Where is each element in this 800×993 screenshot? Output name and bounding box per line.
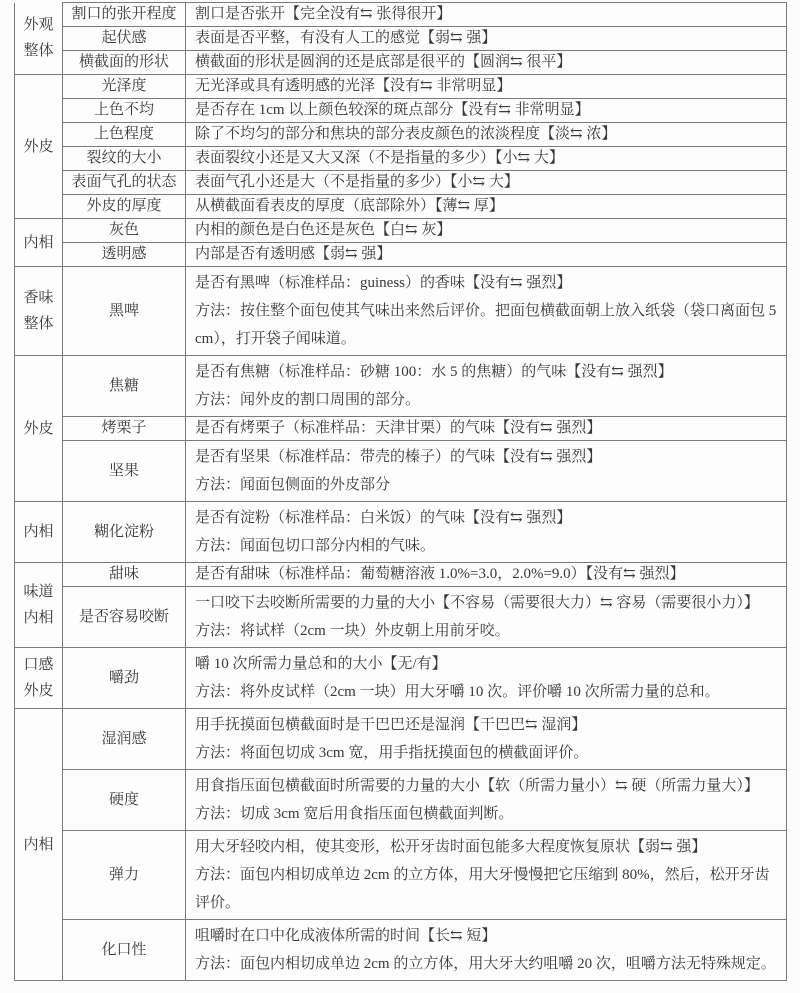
table-row: 内相湿润感用手抚摸面包横截面时是干巴巴还是湿润【干巴巴⇆ 湿润】方法：将面包切成… <box>15 709 787 770</box>
method-text: 方法：闻面包切口部分内相的气味。 <box>195 532 777 560</box>
description-text: 是否存在 1cm 以上颜色较深的斑点部分【没有⇆ 非常明显】 <box>195 99 777 122</box>
description-cell: 咀嚼时在口中化成液体所需的时间【长⇆ 短】方法：面包内相切成单边 2cm 的立方… <box>186 920 787 981</box>
method-text: 方法：闻面包侧面的外皮部分 <box>195 471 777 499</box>
description-text: 是否有焦糖（标准样品：砂糖 100：水 5 的焦糖）的气味【没有⇆ 强烈】 <box>195 358 777 386</box>
category-cell: 内相 <box>15 219 63 267</box>
method-text: 方法：将试样（2cm 一块）外皮朝上用前牙咬。 <box>195 617 777 645</box>
description-cell: 表面裂纹小还是又大又深（不是指量的多少）【小⇆ 大】 <box>186 147 787 171</box>
category-cell: 香味整体 <box>15 267 63 356</box>
category-cell: 外皮 <box>15 75 63 219</box>
method-text: 方法：切成 3cm 宽后用食指压面包横截面判断。 <box>195 800 777 828</box>
table-row: 化口性咀嚼时在口中化成液体所需的时间【长⇆ 短】方法：面包内相切成单边 2cm … <box>15 920 787 981</box>
document-page: 外观整体割口的张开程度割口是否张开【完全没有⇆ 张得很开】起伏感表面是否平整，有… <box>0 0 800 993</box>
description-text: 是否有坚果（标准样品：带壳的榛子）的气味【没有⇆ 强烈】 <box>195 443 777 471</box>
description-cell: 用手抚摸面包横截面时是干巴巴还是湿润【干巴巴⇆ 湿润】方法：将面包切成 3cm … <box>186 709 787 770</box>
table-row: 内相糊化淀粉是否有淀粉（标准样品：白米饭）的气味【没有⇆ 强烈】方法：闻面包切口… <box>15 502 787 563</box>
description-cell: 从横截面看表皮的厚度（底部除外）【薄⇆ 厚】 <box>186 195 787 219</box>
attribute-cell: 外皮的厚度 <box>63 195 186 219</box>
description-text: 是否有甜味（标准样品：葡萄糖溶液 1.0%=3.0，2.0%=9.0）【没有⇆ … <box>195 563 777 586</box>
method-text: 方法：面包内相切成单边 2cm 的立方体，用大牙慢慢把它压缩到 80%，然后，松… <box>195 861 777 917</box>
table-row: 外观整体割口的张开程度割口是否张开【完全没有⇆ 张得很开】 <box>15 3 787 27</box>
description-cell: 是否存在 1cm 以上颜色较深的斑点部分【没有⇆ 非常明显】 <box>186 99 787 123</box>
attribute-cell: 割口的张开程度 <box>63 3 186 27</box>
description-text: 咀嚼时在口中化成液体所需的时间【长⇆ 短】 <box>195 922 777 950</box>
description-text: 内相的颜色是白色还是灰色【白⇆ 灰】 <box>195 219 777 242</box>
description-cell: 用大牙轻咬内相，使其变形，松开牙齿时面包能多大程度恢复原状【弱⇆ 强】方法：面包… <box>186 831 787 920</box>
table-row: 内相灰色内相的颜色是白色还是灰色【白⇆ 灰】 <box>15 219 787 243</box>
table-row: 上色程度除了不均匀的部分和焦块的部分表皮颜色的浓淡程度【淡⇆ 浓】 <box>15 123 787 147</box>
category-cell: 外观整体 <box>15 3 63 75</box>
table-row: 裂纹的大小表面裂纹小还是又大又深（不是指量的多少）【小⇆ 大】 <box>15 147 787 171</box>
category-cell: 外皮 <box>15 356 63 502</box>
attribute-cell: 灰色 <box>63 219 186 243</box>
description-text: 横截面的形状是圆润的还是底部是很平的【圆润⇆ 很平】 <box>195 51 777 74</box>
attribute-cell: 裂纹的大小 <box>63 147 186 171</box>
description-cell: 割口是否张开【完全没有⇆ 张得很开】 <box>186 3 787 27</box>
table-row: 上色不均是否存在 1cm 以上颜色较深的斑点部分【没有⇆ 非常明显】 <box>15 99 787 123</box>
description-text: 表面是否平整，有没有人工的感觉【弱⇆ 强】 <box>195 27 777 50</box>
description-text: 用大牙轻咬内相，使其变形，松开牙齿时面包能多大程度恢复原状【弱⇆ 强】 <box>195 833 777 861</box>
method-text: 方法：将面包切成 3cm 宽，用手指抚摸面包的横截面评价。 <box>195 739 777 767</box>
table-row: 透明感内部是否有透明感【弱⇆ 强】 <box>15 243 787 267</box>
table-row: 横截面的形状横截面的形状是圆润的还是底部是很平的【圆润⇆ 很平】 <box>15 51 787 75</box>
table-row: 弹力用大牙轻咬内相，使其变形，松开牙齿时面包能多大程度恢复原状【弱⇆ 强】方法：… <box>15 831 787 920</box>
attribute-cell: 透明感 <box>63 243 186 267</box>
attribute-cell: 起伏感 <box>63 27 186 51</box>
description-cell: 内相的颜色是白色还是灰色【白⇆ 灰】 <box>186 219 787 243</box>
attribute-cell: 光泽度 <box>63 75 186 99</box>
description-text: 从横截面看表皮的厚度（底部除外）【薄⇆ 厚】 <box>195 195 777 218</box>
table-row: 坚果是否有坚果（标准样品：带壳的榛子）的气味【没有⇆ 强烈】方法：闻面包侧面的外… <box>15 441 787 502</box>
description-cell: 嚼 10 次所需力量总和的大小【无/有】方法：将外皮试样（2cm 一块）用大牙嚼… <box>186 648 787 709</box>
table-row: 硬度用食指压面包横截面时所需要的力量的大小【软（所需力量小）⇆ 硬（所需力量大）… <box>15 770 787 831</box>
description-cell: 是否有甜味（标准样品：葡萄糖溶液 1.0%=3.0，2.0%=9.0）【没有⇆ … <box>186 563 787 587</box>
method-text: 方法：面包内相切成单边 2cm 的立方体，用大牙大约咀嚼 20 次，咀嚼方法无特… <box>195 950 777 978</box>
attribute-cell: 横截面的形状 <box>63 51 186 75</box>
description-text: 用食指压面包横截面时所需要的力量的大小【软（所需力量小）⇆ 硬（所需力量大）】 <box>195 772 777 800</box>
description-cell: 是否有淀粉（标准样品：白米饭）的气味【没有⇆ 强烈】方法：闻面包切口部分内相的气… <box>186 502 787 563</box>
attribute-cell: 糊化淀粉 <box>63 502 186 563</box>
table-row: 口感外皮嚼劲嚼 10 次所需力量总和的大小【无/有】方法：将外皮试样（2cm 一… <box>15 648 787 709</box>
description-text: 割口是否张开【完全没有⇆ 张得很开】 <box>195 3 777 26</box>
table-row: 表面气孔的状态表面气孔小还是大（不是指量的多少）【小⇆ 大】 <box>15 171 787 195</box>
description-text: 表面气孔小还是大（不是指量的多少）【小⇆ 大】 <box>195 171 777 194</box>
table-row: 香味整体黑啤是否有黑啤（标准样品：guiness）的香味【没有⇆ 强烈】方法：按… <box>15 267 787 356</box>
description-text: 嚼 10 次所需力量总和的大小【无/有】 <box>195 650 777 678</box>
method-text: 方法：将外皮试样（2cm 一块）用大牙嚼 10 次。评价嚼 10 次所需力量的总… <box>195 678 777 706</box>
category-cell: 内相 <box>15 709 63 981</box>
category-cell: 味道内相 <box>15 563 63 648</box>
description-text: 是否有淀粉（标准样品：白米饭）的气味【没有⇆ 强烈】 <box>195 504 777 532</box>
attribute-cell: 坚果 <box>63 441 186 502</box>
attribute-cell: 湿润感 <box>63 709 186 770</box>
description-text: 无光泽或具有透明感的光泽【没有⇆ 非常明显】 <box>195 75 777 98</box>
table-row: 味道内相甜味是否有甜味（标准样品：葡萄糖溶液 1.0%=3.0，2.0%=9.0… <box>15 563 787 587</box>
description-text: 除了不均匀的部分和焦块的部分表皮颜色的浓淡程度【淡⇆ 浓】 <box>195 123 777 146</box>
description-text: 用手抚摸面包横截面时是干巴巴还是湿润【干巴巴⇆ 湿润】 <box>195 711 777 739</box>
table-row: 外皮光泽度无光泽或具有透明感的光泽【没有⇆ 非常明显】 <box>15 75 787 99</box>
attribute-cell: 嚼劲 <box>63 648 186 709</box>
attribute-cell: 黑啤 <box>63 267 186 356</box>
attribute-cell: 硬度 <box>63 770 186 831</box>
attribute-cell: 甜味 <box>63 563 186 587</box>
sensory-evaluation-table: 外观整体割口的张开程度割口是否张开【完全没有⇆ 张得很开】起伏感表面是否平整，有… <box>14 2 787 981</box>
description-cell: 是否有烤栗子（标准样品：天津甘栗）的气味【没有⇆ 强烈】 <box>186 417 787 441</box>
table-row: 外皮焦糖是否有焦糖（标准样品：砂糖 100：水 5 的焦糖）的气味【没有⇆ 强烈… <box>15 356 787 417</box>
table-row: 外皮的厚度从横截面看表皮的厚度（底部除外）【薄⇆ 厚】 <box>15 195 787 219</box>
table-row: 起伏感表面是否平整，有没有人工的感觉【弱⇆ 强】 <box>15 27 787 51</box>
description-cell: 一口咬下去咬断所需要的力量的大小【不容易（需要很大力）⇆ 容易（需要很小力）】方… <box>186 587 787 648</box>
description-cell: 横截面的形状是圆润的还是底部是很平的【圆润⇆ 很平】 <box>186 51 787 75</box>
description-text: 是否有烤栗子（标准样品：天津甘栗）的气味【没有⇆ 强烈】 <box>195 417 777 440</box>
description-cell: 无光泽或具有透明感的光泽【没有⇆ 非常明显】 <box>186 75 787 99</box>
description-cell: 是否有坚果（标准样品：带壳的榛子）的气味【没有⇆ 强烈】方法：闻面包侧面的外皮部… <box>186 441 787 502</box>
method-text: 方法：闻外皮的割口周围的部分。 <box>195 386 777 414</box>
attribute-cell: 上色程度 <box>63 123 186 147</box>
description-text: 一口咬下去咬断所需要的力量的大小【不容易（需要很大力）⇆ 容易（需要很小力）】 <box>195 589 777 617</box>
attribute-cell: 弹力 <box>63 831 186 920</box>
table-body: 外观整体割口的张开程度割口是否张开【完全没有⇆ 张得很开】起伏感表面是否平整，有… <box>15 3 787 981</box>
description-cell: 是否有焦糖（标准样品：砂糖 100：水 5 的焦糖）的气味【没有⇆ 强烈】方法：… <box>186 356 787 417</box>
description-text: 表面裂纹小还是又大又深（不是指量的多少）【小⇆ 大】 <box>195 147 777 170</box>
description-text: 内部是否有透明感【弱⇆ 强】 <box>195 243 777 266</box>
description-cell: 表面是否平整，有没有人工的感觉【弱⇆ 强】 <box>186 27 787 51</box>
attribute-cell: 焦糖 <box>63 356 186 417</box>
description-cell: 除了不均匀的部分和焦块的部分表皮颜色的浓淡程度【淡⇆ 浓】 <box>186 123 787 147</box>
attribute-cell: 是否容易咬断 <box>63 587 186 648</box>
description-cell: 表面气孔小还是大（不是指量的多少）【小⇆ 大】 <box>186 171 787 195</box>
attribute-cell: 烤栗子 <box>63 417 186 441</box>
method-text: 方法：按住整个面包使其气味出来然后评价。把面包横截面朝上放入纸袋（袋口离面包 5… <box>195 297 777 353</box>
description-text: 是否有黑啤（标准样品：guiness）的香味【没有⇆ 强烈】 <box>195 269 777 297</box>
table-row: 烤栗子是否有烤栗子（标准样品：天津甘栗）的气味【没有⇆ 强烈】 <box>15 417 787 441</box>
description-cell: 内部是否有透明感【弱⇆ 强】 <box>186 243 787 267</box>
category-cell: 内相 <box>15 502 63 563</box>
description-cell: 用食指压面包横截面时所需要的力量的大小【软（所需力量小）⇆ 硬（所需力量大）】方… <box>186 770 787 831</box>
table-row: 是否容易咬断一口咬下去咬断所需要的力量的大小【不容易（需要很大力）⇆ 容易（需要… <box>15 587 787 648</box>
description-cell: 是否有黑啤（标准样品：guiness）的香味【没有⇆ 强烈】方法：按住整个面包使… <box>186 267 787 356</box>
category-cell: 口感外皮 <box>15 648 63 709</box>
attribute-cell: 表面气孔的状态 <box>63 171 186 195</box>
attribute-cell: 化口性 <box>63 920 186 981</box>
attribute-cell: 上色不均 <box>63 99 186 123</box>
